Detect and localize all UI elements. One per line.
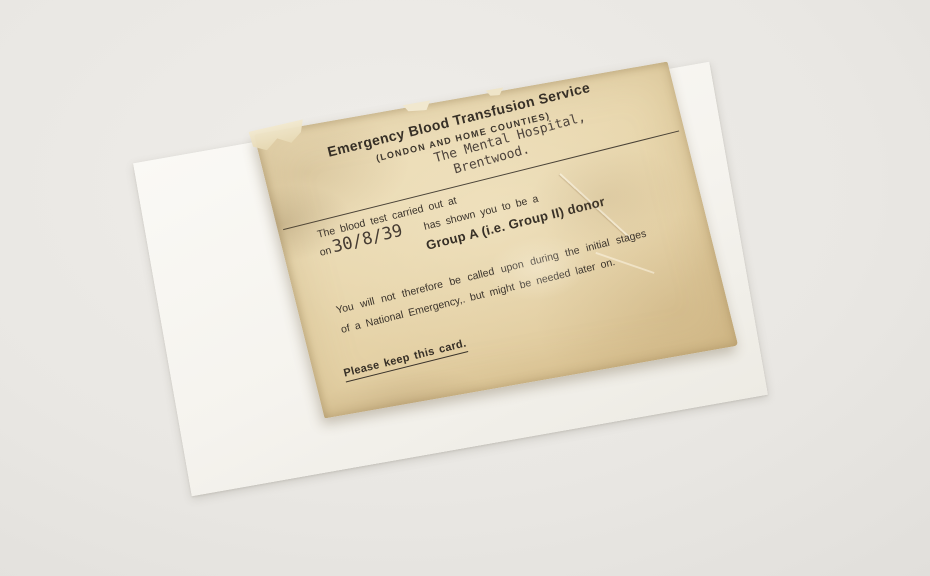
date-prefix: on bbox=[318, 244, 332, 258]
keep-card-footer: Please keep this card. bbox=[342, 337, 468, 382]
studio-background: Emergency Blood Transfusion Service (LON… bbox=[0, 0, 930, 576]
